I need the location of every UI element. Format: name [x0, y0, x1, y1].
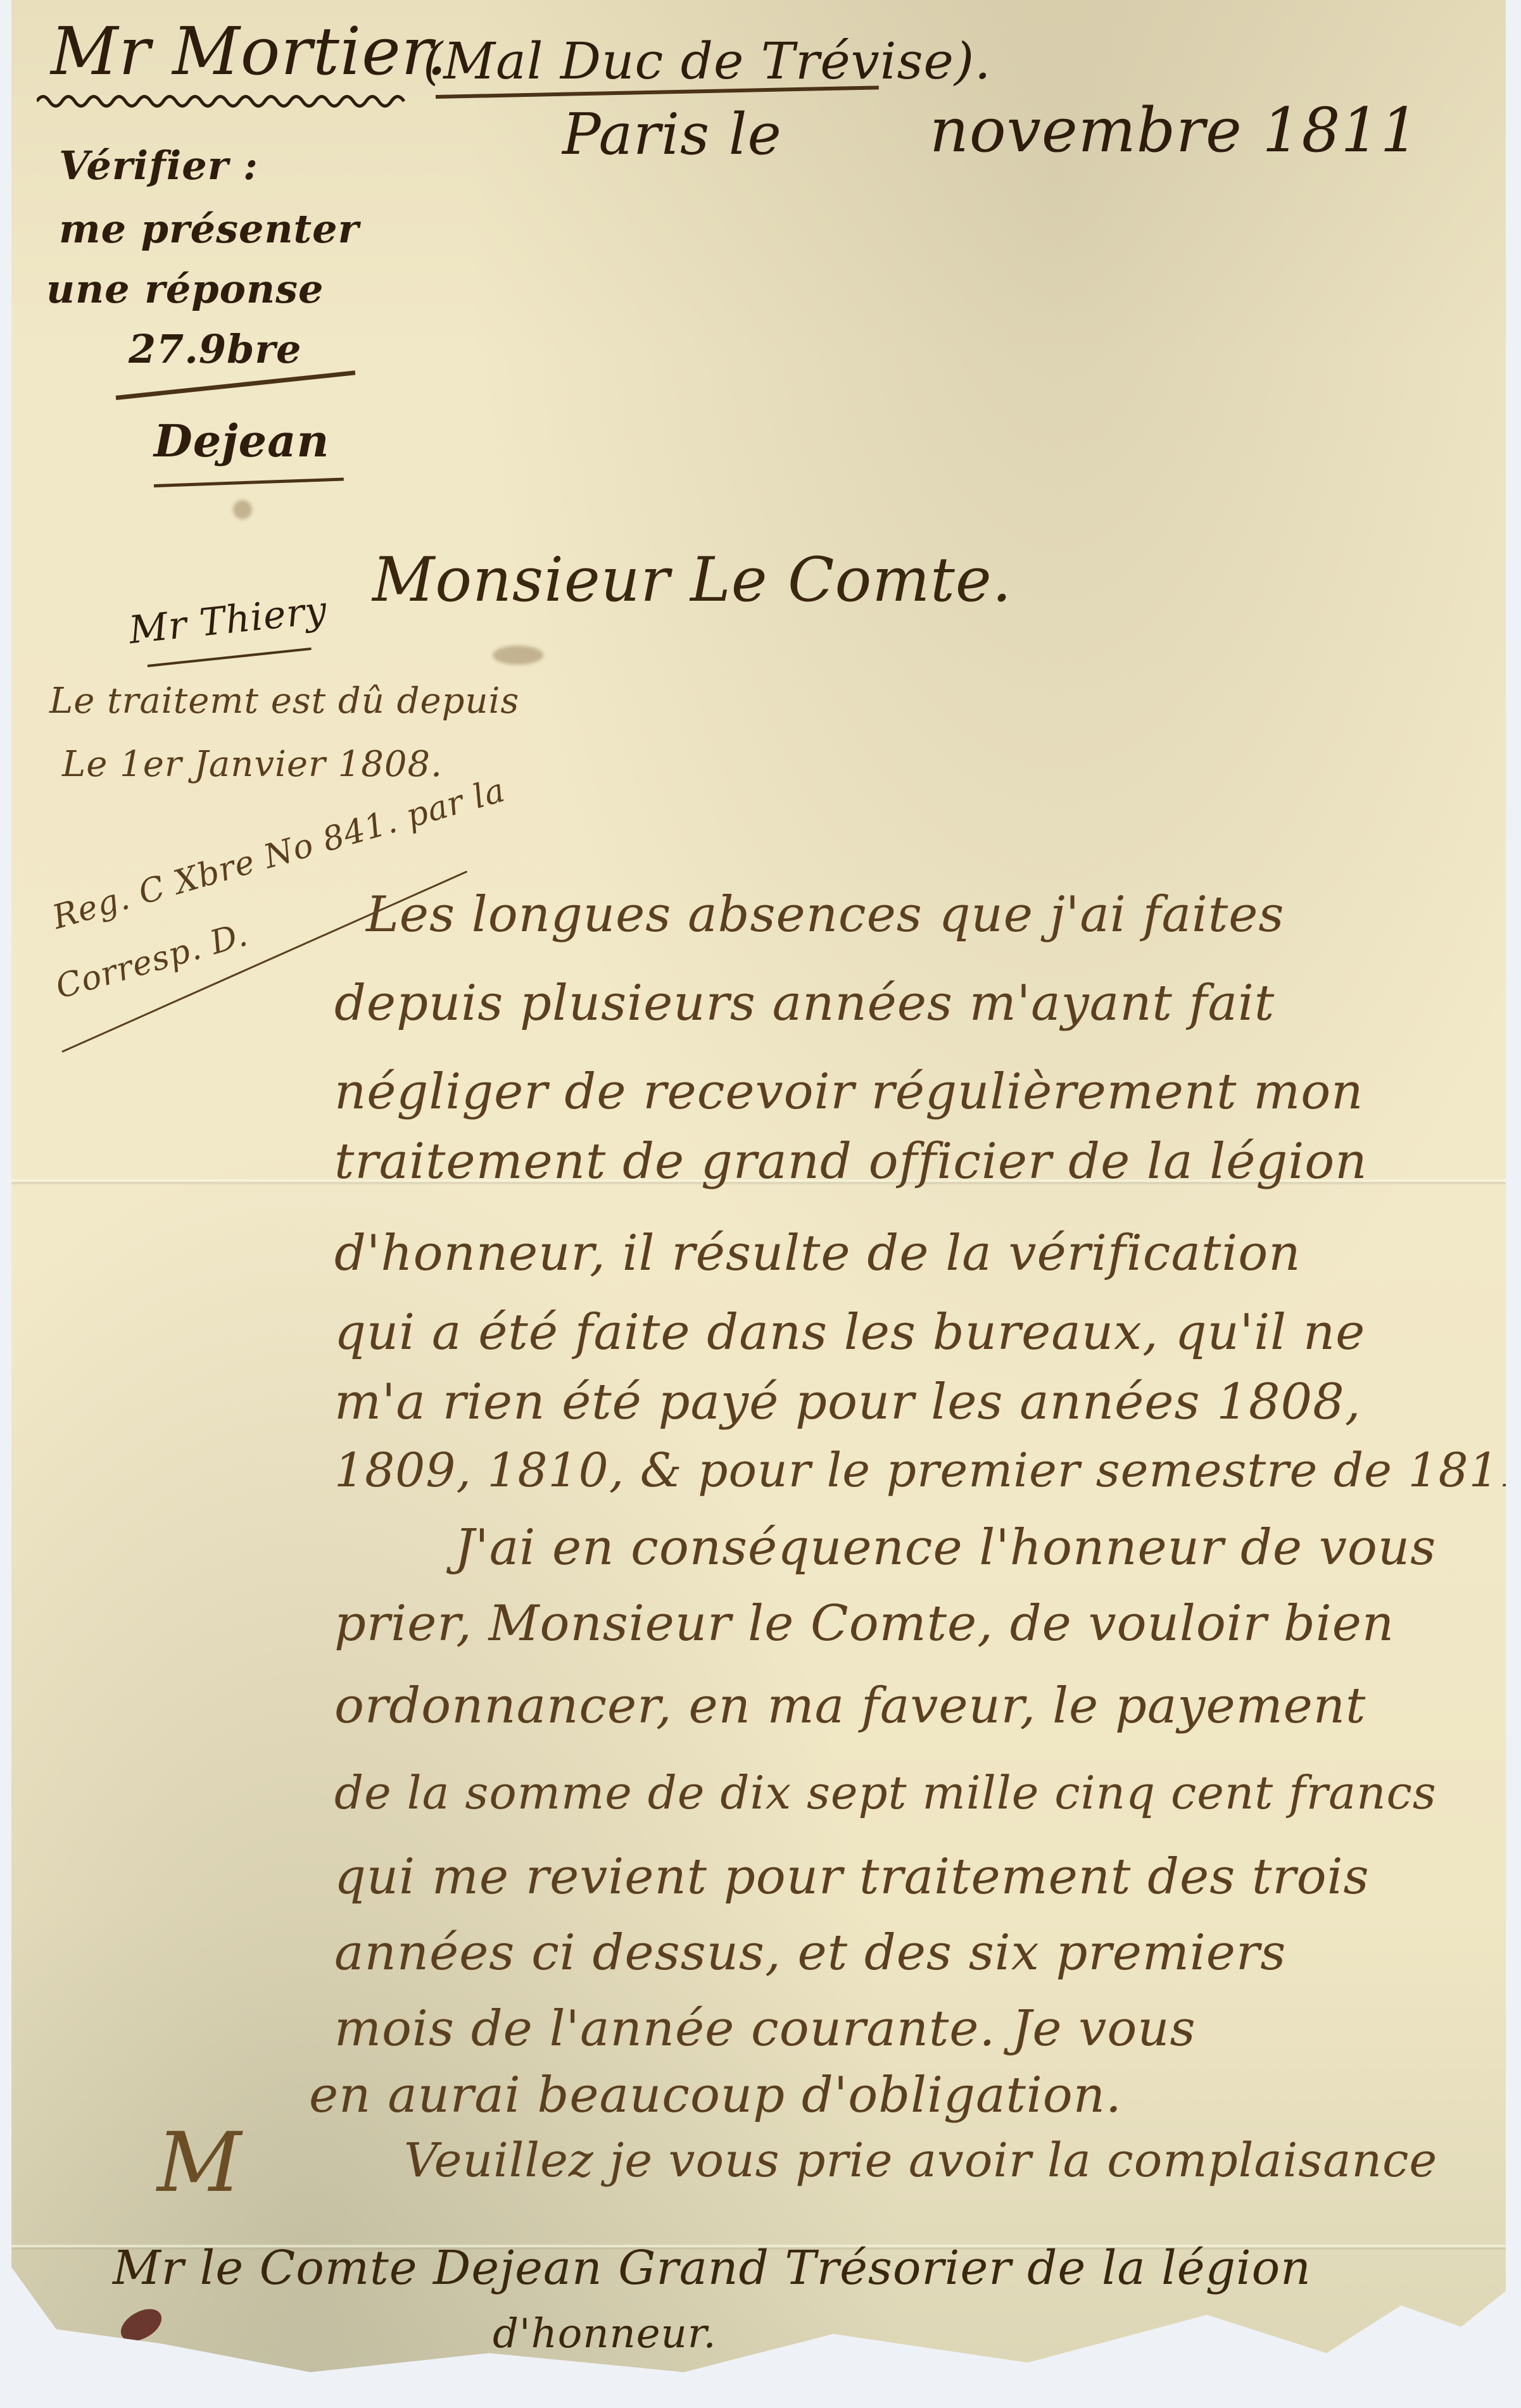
ink-smudge	[493, 646, 543, 665]
clerk-underline	[148, 648, 312, 667]
recipient-line: d'honneur.	[493, 2311, 717, 2357]
ink-splatter	[233, 500, 252, 519]
signature-underline	[154, 478, 344, 487]
margin-line: une réponse	[46, 266, 324, 312]
body-line: de la somme de dix sept mille cinq cent …	[334, 1766, 1437, 1819]
salutation: Monsieur Le Comte.	[372, 544, 1012, 615]
body-line: d'honneur, il résulte de la vérification	[334, 1225, 1301, 1282]
margin-date: 27.9bre	[129, 326, 301, 372]
margin-line: Vérifier :	[59, 142, 258, 189]
body-line: 1809, 1810, & pour le premier semestre d…	[334, 1443, 1521, 1498]
signature-dejean: Dejean	[154, 415, 329, 467]
body-line: traitement de grand officier de la légio…	[334, 1133, 1367, 1190]
recipient-line: Mr le Comte Dejean Grand Trésorier de la…	[113, 2241, 1311, 2295]
clerk-name: Mr Thiery	[127, 588, 329, 653]
body-line: m'a rien été payé pour les années 1808,	[334, 1374, 1361, 1431]
wavy-underline	[37, 89, 417, 108]
body-line: Veuillez je vous prie avoir la complaisa…	[404, 2133, 1437, 2188]
body-line: mois de l'année courante. Je vous	[334, 2000, 1196, 2057]
body-line: qui a été faite dans les bureaux, qu'il …	[334, 1304, 1365, 1361]
body-line: qui me revient pour traitement des trois	[334, 1848, 1370, 1905]
margin-line: me présenter	[59, 206, 359, 252]
letter-sheet: Mr Mortier. (Mal Duc de Trévise). Paris …	[11, 0, 1506, 2386]
wax-seal-remnant	[115, 2302, 167, 2347]
body-line: ordonnancer, en ma faveur, le payement	[334, 1677, 1366, 1734]
addressee-note: Mr Mortier.	[51, 13, 448, 90]
body-line: depuis plusieurs années m'ayant fait	[334, 975, 1275, 1032]
body-line: années ci dessus, et des six premiers	[334, 1924, 1286, 1981]
body-line: J'ai en conséquence l'honneur de vous	[455, 1519, 1436, 1576]
treatment-note-line: Le 1er Janvier 1808.	[62, 744, 443, 785]
treatment-note-line: Le traitemt est dû depuis	[49, 680, 519, 722]
closing-monogram: M	[157, 2114, 242, 2210]
margin-flourish	[116, 370, 356, 400]
body-line: en aurai beaucoup d'obligation.	[309, 2067, 1122, 2124]
body-line: négliger de recevoir régulièrement mon	[334, 1063, 1363, 1120]
addressee-title: (Mal Duc de Trévise).	[423, 32, 991, 91]
body-line: prier, Monsieur le Comte, de vouloir bie…	[334, 1595, 1394, 1652]
place-label: Paris le	[562, 101, 782, 168]
date-text: novembre 1811	[930, 95, 1420, 166]
body-line: Les longues absences que j'ai faites	[366, 886, 1284, 943]
wax-seal-drip	[89, 2336, 105, 2356]
